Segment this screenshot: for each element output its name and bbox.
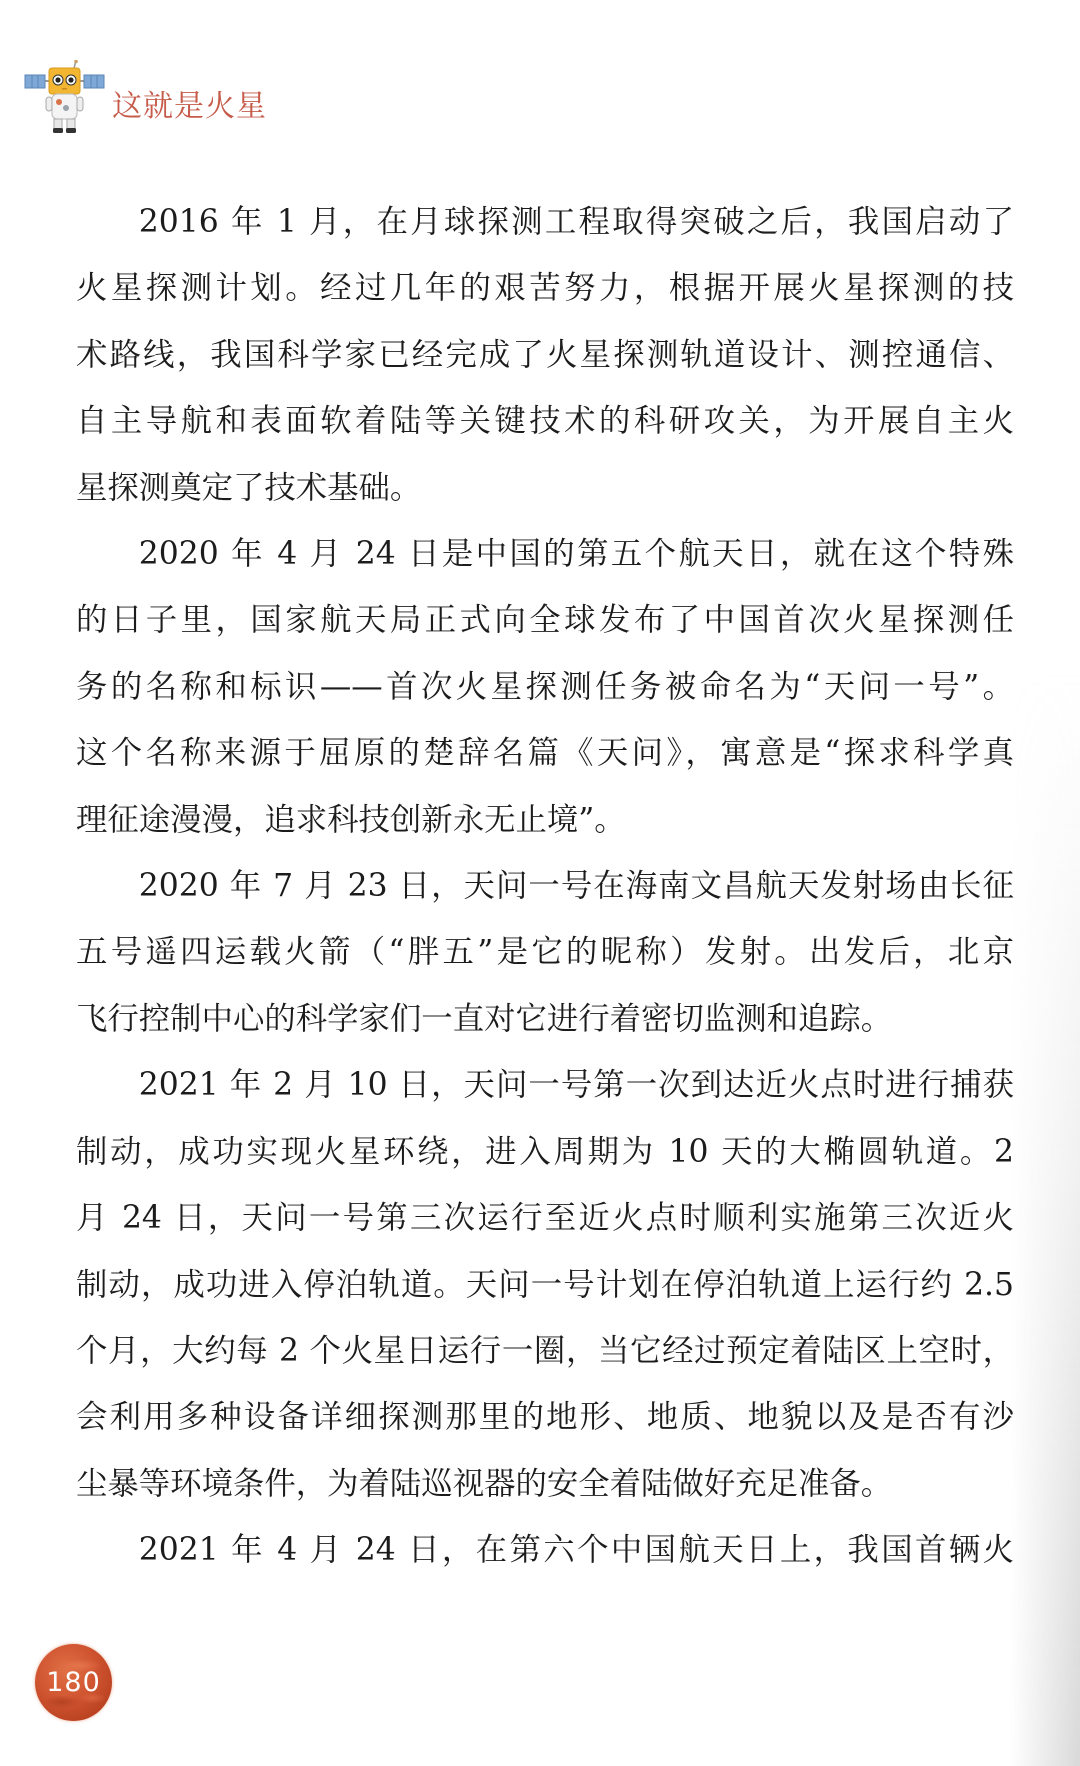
text-line: 飞行控制中心的科学家们一直对它进行着密切监测和追踪。: [13, 986, 1014, 1052]
paragraph: 2021 年 4 月 24 日，在第六个中国航天日上，我国首辆火: [76, 1517, 1014, 1583]
text-line: 五号遥四运载火箭（“胖五”是它的昵称）发射。出发后，北京: [13, 919, 1014, 985]
text-line: 个月，大约每 2 个火星日运行一圈，当它经过预定着陆区上空时，: [13, 1318, 1014, 1384]
text-line: 这个名称来源于屈原的楚辞名篇《天问》，寓意是“探求科学真: [13, 720, 1014, 786]
text-line: 火星探测计划。经过几年的艰苦努力，根据开展火星探测的技: [13, 255, 1014, 321]
page-edge-shadow: [1010, 0, 1080, 1766]
page-number-badge: 180: [35, 1644, 112, 1721]
page-number: 180: [46, 1667, 101, 1698]
text-line: 术路线，我国科学家已经完成了火星探测轨道设计、测控通信、: [13, 322, 1014, 388]
chapter-header: 这就是火星: [22, 60, 322, 140]
text-line: 月 24 日，天问一号第三次运行至近火点时顺利实施第三次近火: [13, 1185, 1014, 1251]
article-body: 2016 年 1 月，在月球探测工程取得突破之后，我国启动了 火星探测计划。经过…: [76, 189, 1014, 1584]
text-line: 的日子里，国家航天局正式向全球发布了中国首次火星探测任: [13, 587, 1014, 653]
text-line: 2021 年 2 月 10 日，天问一号第一次到达近火点时进行捕获: [76, 1052, 1014, 1118]
text-line: 尘暴等环境条件，为着陆巡视器的安全着陆做好充足准备。: [13, 1451, 1014, 1517]
text-line: 自主导航和表面软着陆等关键技术的科研攻关，为开展自主火: [13, 388, 1014, 454]
chapter-title: 这就是火星: [112, 90, 267, 124]
robot-satellite-mascot-icon: [22, 60, 112, 140]
text-line: 制动，成功实现火星环绕，进入周期为 10 天的大椭圆轨道。2: [13, 1119, 1014, 1185]
paragraph: 2020 年 4 月 24 日是中国的第五个航天日，就在这个特殊 的日子里，国家…: [76, 521, 1014, 853]
text-line: 2016 年 1 月，在月球探测工程取得突破之后，我国启动了: [76, 189, 1014, 255]
paragraph: 2021 年 2 月 10 日，天问一号第一次到达近火点时进行捕获 制动，成功实…: [76, 1052, 1014, 1517]
text-line: 制动，成功进入停泊轨道。天问一号计划在停泊轨道上运行约 2.5: [13, 1252, 1014, 1318]
text-line: 会利用多种设备详细探测那里的地形、地质、地貌以及是否有沙: [13, 1384, 1014, 1450]
text-line: 2020 年 7 月 23 日，天问一号在海南文昌航天发射场由长征: [76, 853, 1014, 919]
text-line: 务的名称和标识——首次火星探测任务被命名为“天问一号”。: [13, 654, 1014, 720]
text-line: 2020 年 4 月 24 日是中国的第五个航天日，就在这个特殊: [76, 521, 1014, 587]
paragraph: 2016 年 1 月，在月球探测工程取得突破之后，我国启动了 火星探测计划。经过…: [76, 189, 1014, 521]
text-line: 星探测奠定了技术基础。: [13, 455, 1014, 521]
text-line: 理征途漫漫，追求科技创新永无止境”。: [13, 787, 1014, 853]
paragraph: 2020 年 7 月 23 日，天问一号在海南文昌航天发射场由长征 五号遥四运载…: [76, 853, 1014, 1052]
text-line: 2021 年 4 月 24 日，在第六个中国航天日上，我国首辆火: [76, 1517, 1014, 1583]
